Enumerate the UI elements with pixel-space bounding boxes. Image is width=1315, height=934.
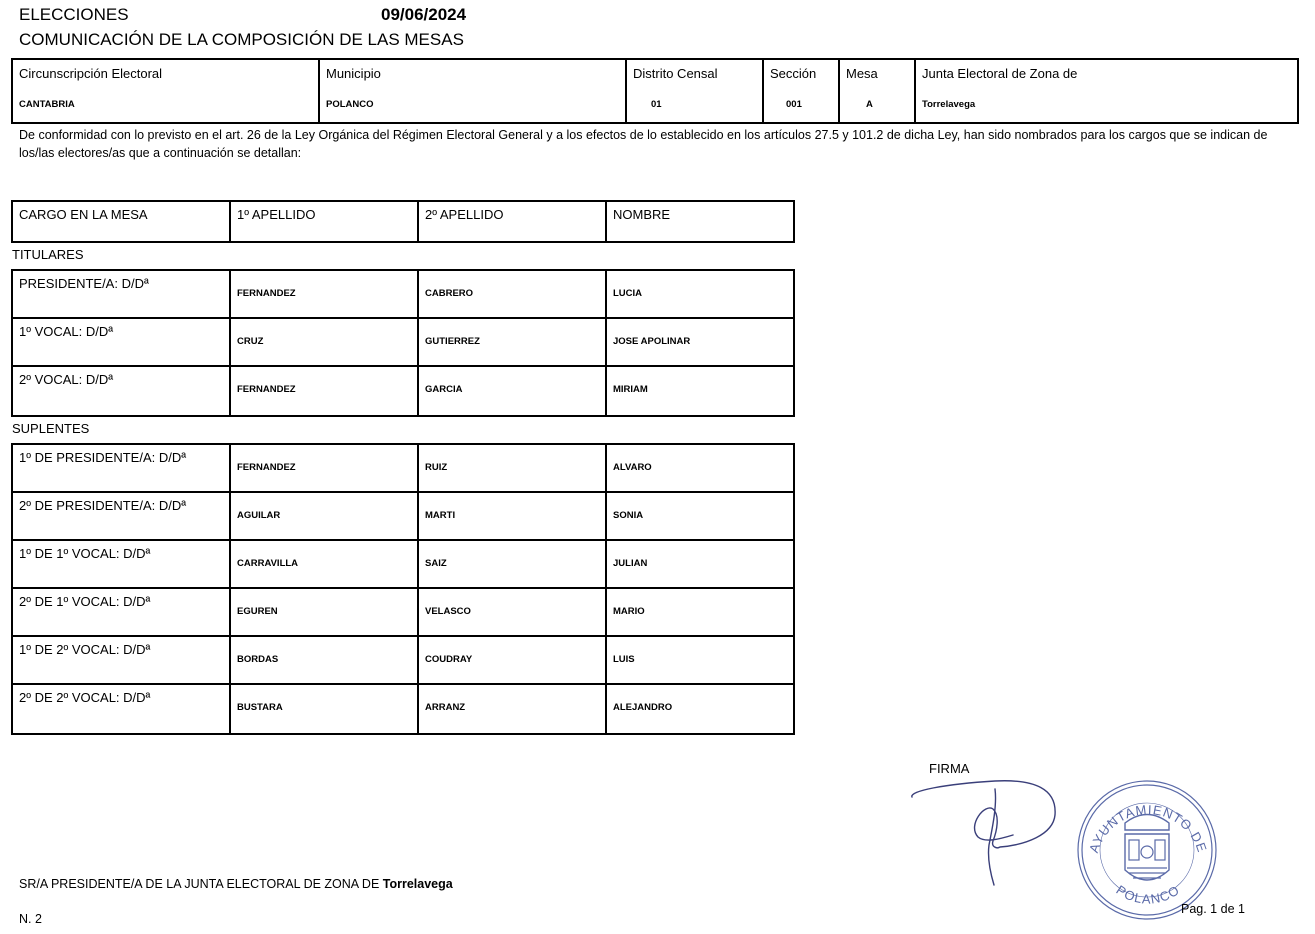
apellido1-text: CRUZ [237, 336, 263, 347]
apellido2-cell: COUDRAY [419, 637, 607, 683]
nombre-cell: SONIA [607, 493, 793, 539]
election-date: 09/06/2024 [381, 5, 466, 25]
info-value: 01 [651, 99, 662, 110]
cargo-text: 1º DE 2º VOCAL: D/Dª [19, 642, 150, 657]
addressee-prefix: SR/A PRESIDENTE/A DE LA JUNTA ELECTORAL … [19, 877, 379, 891]
cargo-cell: 1º DE 2º VOCAL: D/Dª [13, 637, 231, 683]
suplentes-table: 1º DE PRESIDENTE/A: D/DªFERNANDEZRUIZALV… [11, 443, 795, 735]
info-value: Torrelavega [922, 99, 975, 110]
table-row: 2º DE PRESIDENTE/A: D/DªAGUILARMARTISONI… [13, 493, 793, 541]
nombre-text: SONIA [613, 510, 643, 521]
cargo-text: 1º DE PRESIDENTE/A: D/Dª [19, 450, 186, 465]
info-circunscripcion: Circunscripción Electoral CANTABRIA [13, 60, 320, 122]
addressee-zone: Torrelavega [383, 877, 453, 891]
nombre-text: MIRIAM [613, 384, 648, 395]
info-mesa: Mesa A [840, 60, 916, 122]
cargo-cell: 1º DE 1º VOCAL: D/Dª [13, 541, 231, 587]
apellido1-cell: FERNANDEZ [231, 271, 419, 317]
table-row: PRESIDENTE/A: D/DªFERNANDEZCABREROLUCIA [13, 271, 793, 319]
table-row: 2º DE 2º VOCAL: D/DªBUSTARAARRANZALEJAND… [13, 685, 793, 733]
document-title: ELECCIONES [19, 5, 129, 25]
table-row: 1º DE PRESIDENTE/A: D/DªFERNANDEZRUIZALV… [13, 445, 793, 493]
nombre-cell: ALEJANDRO [607, 685, 793, 733]
apellido1-cell: BUSTARA [231, 685, 419, 733]
cargo-text: 1º DE 1º VOCAL: D/Dª [19, 546, 150, 561]
apellido1-text: AGUILAR [237, 510, 280, 521]
cargo-text: PRESIDENTE/A: D/Dª [19, 276, 149, 291]
table-row: 1º DE 1º VOCAL: D/DªCARRAVILLASAIZJULIAN [13, 541, 793, 589]
signature-image [905, 775, 1065, 890]
nombre-cell: JULIAN [607, 541, 793, 587]
info-value: 001 [786, 99, 802, 110]
nombre-text: ALVARO [613, 462, 652, 473]
svg-text:POLANCO: POLANCO [1113, 882, 1182, 907]
apellido2-cell: SAIZ [419, 541, 607, 587]
header-cargo: CARGO EN LA MESA [13, 202, 231, 241]
apellido2-cell: ARRANZ [419, 685, 607, 733]
apellido2-cell: GUTIERREZ [419, 319, 607, 365]
apellido1-cell: CARRAVILLA [231, 541, 419, 587]
info-value: CANTABRIA [19, 99, 75, 110]
nombre-cell: JOSE APOLINAR [607, 319, 793, 365]
table-row: 2º DE 1º VOCAL: D/DªEGURENVELASCOMARIO [13, 589, 793, 637]
columns-header-table: CARGO EN LA MESA 1º APELLIDO 2º APELLIDO… [11, 200, 795, 243]
nombre-text: MARIO [613, 606, 645, 617]
apellido1-cell: EGUREN [231, 589, 419, 635]
header-row: CARGO EN LA MESA 1º APELLIDO 2º APELLIDO… [13, 202, 793, 241]
apellido2-text: SAIZ [425, 558, 447, 569]
nombre-cell: MIRIAM [607, 367, 793, 415]
cargo-cell: 1º VOCAL: D/Dª [13, 319, 231, 365]
apellido1-text: FERNANDEZ [237, 462, 296, 473]
page-indicator: Pag. 1 de 1 [1181, 902, 1245, 916]
table-row: 1º DE 2º VOCAL: D/DªBORDASCOUDRAYLUIS [13, 637, 793, 685]
nombre-cell: LUIS [607, 637, 793, 683]
cargo-text: 2º DE 2º VOCAL: D/Dª [19, 690, 150, 705]
info-value: POLANCO [326, 99, 374, 110]
apellido1-text: BORDAS [237, 654, 278, 665]
document-subtitle: COMUNICACIÓN DE LA COMPOSICIÓN DE LAS ME… [19, 30, 464, 50]
apellido1-text: FERNANDEZ [237, 288, 296, 299]
info-seccion: Sección 001 [764, 60, 840, 122]
header-apellido2: 2º APELLIDO [419, 202, 607, 241]
nombre-cell: MARIO [607, 589, 793, 635]
apellido2-text: CABRERO [425, 288, 473, 299]
apellido1-text: BUSTARA [237, 702, 283, 713]
apellido2-text: MARTI [425, 510, 455, 521]
apellido2-text: RUIZ [425, 462, 447, 473]
nombre-text: JOSE APOLINAR [613, 336, 690, 347]
cargo-text: 2º VOCAL: D/Dª [19, 372, 113, 387]
cargo-text: 2º DE PRESIDENTE/A: D/Dª [19, 498, 186, 513]
seal-bottom-text: POLANCO [1113, 882, 1182, 907]
info-label: Distrito Censal [633, 66, 718, 81]
apellido2-text: GUTIERREZ [425, 336, 480, 347]
apellido2-cell: GARCIA [419, 367, 607, 415]
info-junta: Junta Electoral de Zona de Torrelavega [916, 60, 1297, 122]
intro-paragraph: De conformidad con lo previsto en el art… [19, 126, 1279, 162]
apellido1-cell: BORDAS [231, 637, 419, 683]
titulares-label: TITULARES [12, 247, 84, 262]
info-label: Circunscripción Electoral [19, 66, 162, 81]
apellido1-text: CARRAVILLA [237, 558, 298, 569]
apellido1-cell: FERNANDEZ [231, 367, 419, 415]
info-label: Junta Electoral de Zona de [922, 66, 1077, 81]
polling-station-info: Circunscripción Electoral CANTABRIA Muni… [11, 58, 1299, 124]
nombre-text: LUIS [613, 654, 635, 665]
cargo-cell: 2º DE PRESIDENTE/A: D/Dª [13, 493, 231, 539]
cargo-text: 1º VOCAL: D/Dª [19, 324, 113, 339]
document-number: N. 2 [19, 912, 42, 926]
cargo-cell: 2º DE 2º VOCAL: D/Dª [13, 685, 231, 733]
addressee: SR/A PRESIDENTE/A DE LA JUNTA ELECTORAL … [19, 877, 453, 891]
apellido2-text: VELASCO [425, 606, 471, 617]
info-label: Municipio [326, 66, 381, 81]
apellido1-cell: FERNANDEZ [231, 445, 419, 491]
titulares-table: PRESIDENTE/A: D/DªFERNANDEZCABREROLUCIA1… [11, 269, 795, 417]
nombre-cell: LUCIA [607, 271, 793, 317]
apellido2-text: GARCIA [425, 384, 462, 395]
table-row: 1º VOCAL: D/DªCRUZGUTIERREZJOSE APOLINAR [13, 319, 793, 367]
apellido2-text: ARRANZ [425, 702, 465, 713]
apellido1-cell: CRUZ [231, 319, 419, 365]
info-municipio: Municipio POLANCO [320, 60, 627, 122]
suplentes-label: SUPLENTES [12, 421, 89, 436]
info-value: A [866, 99, 873, 110]
apellido2-cell: MARTI [419, 493, 607, 539]
info-distrito: Distrito Censal 01 [627, 60, 764, 122]
cargo-cell: 1º DE PRESIDENTE/A: D/Dª [13, 445, 231, 491]
apellido2-cell: CABRERO [419, 271, 607, 317]
nombre-text: LUCIA [613, 288, 642, 299]
table-row: 2º VOCAL: D/DªFERNANDEZGARCIAMIRIAM [13, 367, 793, 415]
cargo-cell: PRESIDENTE/A: D/Dª [13, 271, 231, 317]
nombre-text: ALEJANDRO [613, 702, 672, 713]
header-nombre: NOMBRE [607, 202, 793, 241]
info-label: Mesa [846, 66, 878, 81]
apellido1-text: EGUREN [237, 606, 278, 617]
cargo-cell: 2º DE 1º VOCAL: D/Dª [13, 589, 231, 635]
signature-label: FIRMA [929, 761, 969, 776]
apellido2-text: COUDRAY [425, 654, 472, 665]
apellido2-cell: VELASCO [419, 589, 607, 635]
info-label: Sección [770, 66, 816, 81]
cargo-text: 2º DE 1º VOCAL: D/Dª [19, 594, 150, 609]
header-apellido1: 1º APELLIDO [231, 202, 419, 241]
nombre-text: JULIAN [613, 558, 647, 569]
apellido2-cell: RUIZ [419, 445, 607, 491]
cargo-cell: 2º VOCAL: D/Dª [13, 367, 231, 415]
apellido1-text: FERNANDEZ [237, 384, 296, 395]
apellido1-cell: AGUILAR [231, 493, 419, 539]
nombre-cell: ALVARO [607, 445, 793, 491]
